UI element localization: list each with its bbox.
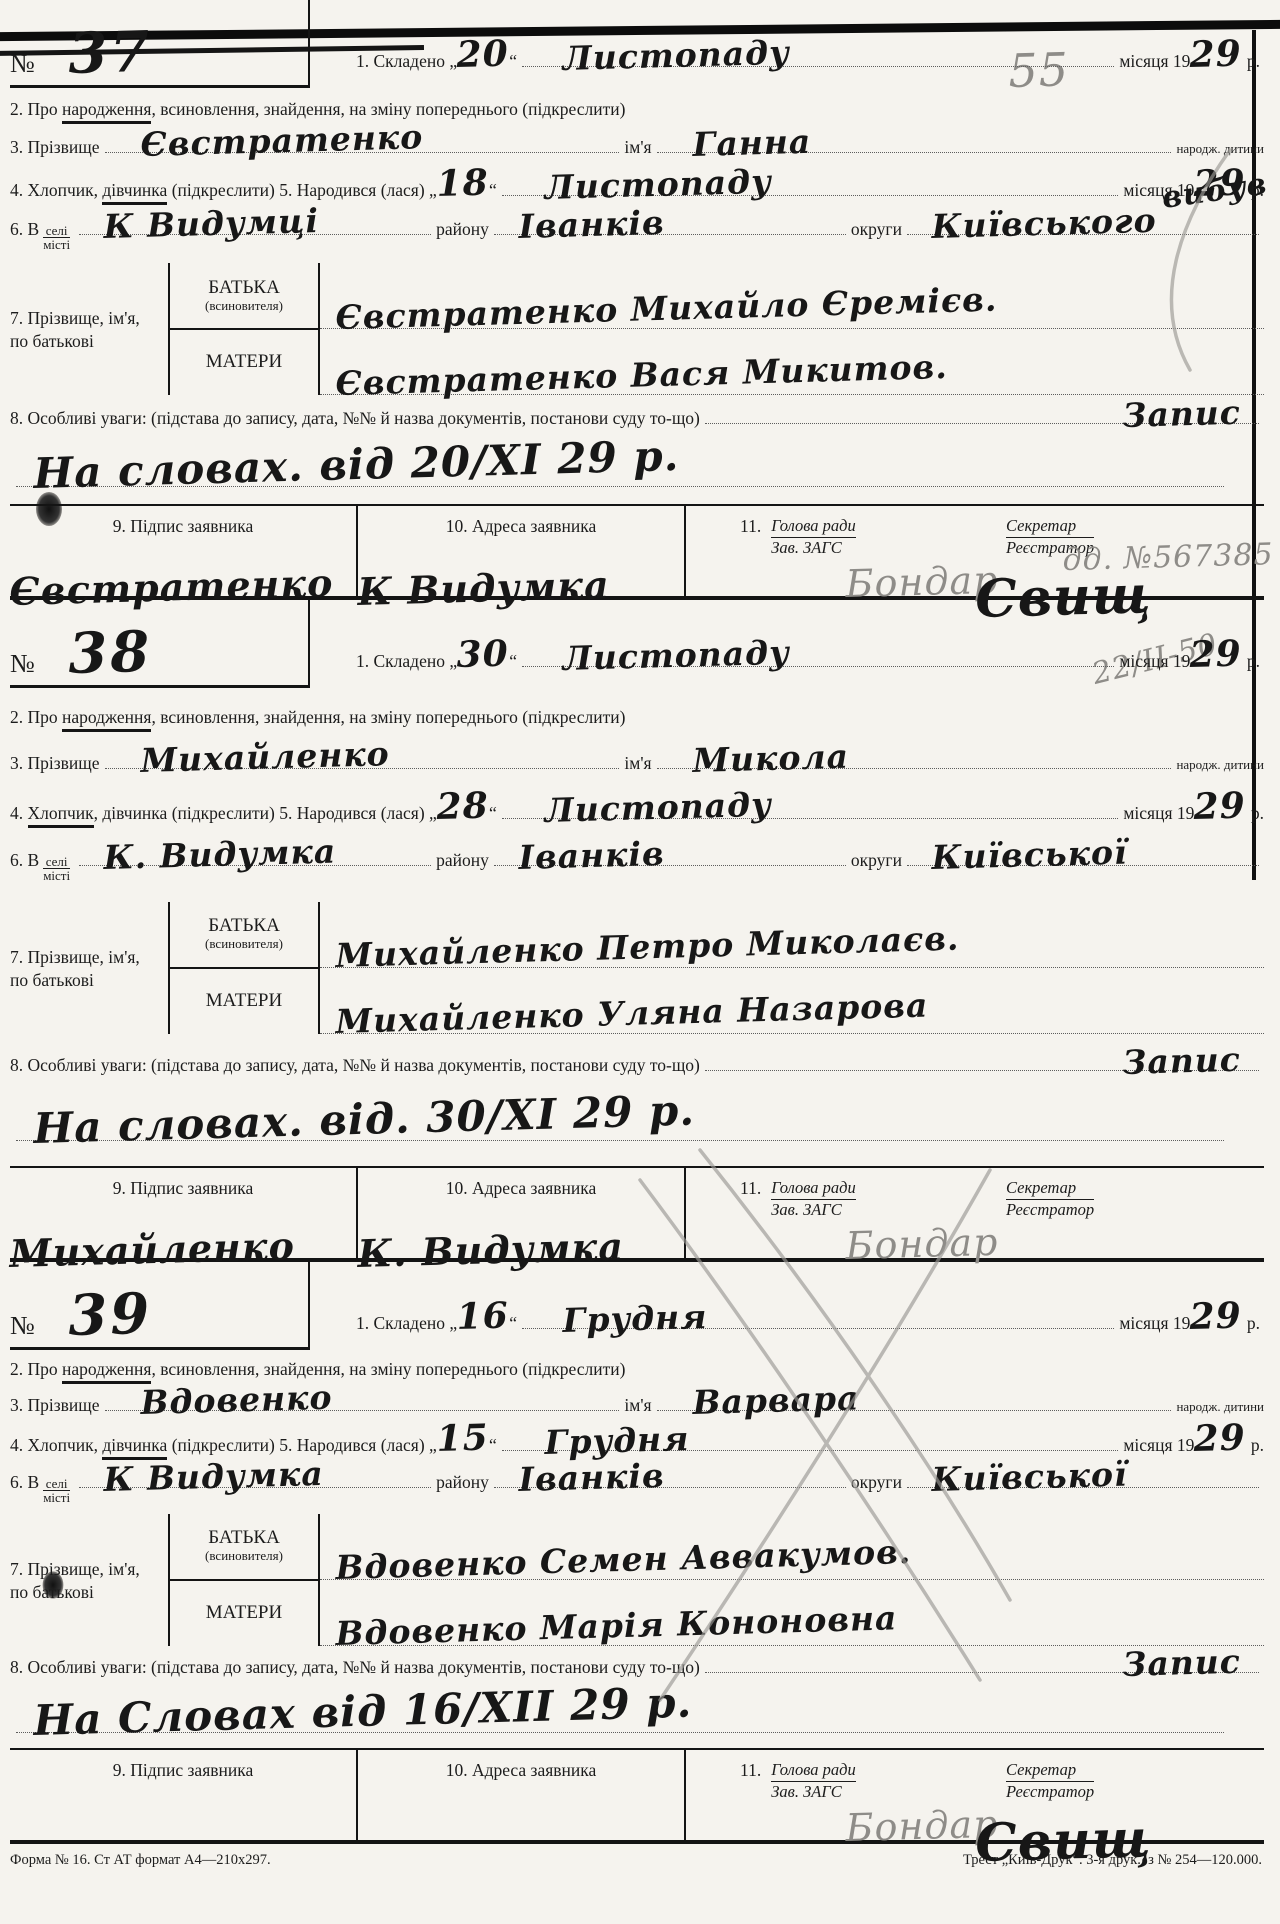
quote: “: [489, 803, 497, 824]
remark-tail-line: Запис: [705, 1052, 1259, 1071]
parents-header-col: БАТЬКА(всиновителя) МАТЕРИ: [168, 902, 320, 1034]
father-label: БАТЬКА: [170, 1528, 318, 1549]
composed-month: Грудня: [563, 1303, 709, 1335]
parents-label-2: по батькові: [10, 970, 94, 990]
mother-line: Михайленко Уляна Назарова: [320, 968, 1264, 1034]
month-label: місяця 19: [1123, 803, 1194, 824]
surname-value: Вдовенко: [140, 1383, 333, 1416]
village-city-stack: селімісті: [43, 855, 70, 883]
sex-post: (підкреслити): [167, 180, 279, 201]
village-city-stack: селімісті: [43, 224, 70, 252]
secretary-signature: Свищ: [975, 1817, 1152, 1866]
remark-text: На словах. від. 30/ХІ 29 р.: [33, 1092, 695, 1146]
city-word: місті: [43, 869, 70, 883]
village-line: К Видумці: [79, 216, 431, 235]
district-label: району: [436, 1472, 489, 1493]
sig-label: 9. Підпис заявника: [113, 1760, 254, 1780]
addr-label: 10. Адреса заявника: [446, 516, 597, 536]
birth-year: 29: [1194, 1423, 1247, 1455]
remarks-label: 8. Особливі уваги: (підстава до запису, …: [10, 1055, 700, 1076]
remark-text-line: На словах. від. 30/ХІ 29 р.: [16, 1094, 1224, 1141]
sep: ,: [94, 803, 103, 824]
birth-day: 18: [436, 168, 489, 200]
sex-post: (підкреслити): [167, 803, 279, 824]
quote: “: [489, 1435, 497, 1456]
father-value: Михайленко Петро Миколаєв.: [335, 925, 959, 970]
no-label: №: [10, 49, 35, 79]
head-label-1: Голова ради: [771, 1760, 856, 1782]
village-city-stack: селімісті: [43, 1477, 70, 1505]
head-label-2: Зав. ЗАГС: [771, 1782, 856, 1802]
event-pre: 2. Про: [10, 707, 62, 728]
okruga-label: округи: [851, 850, 902, 871]
secretary-label-1: Секретар: [1006, 516, 1094, 538]
composed-month: Листопаду: [563, 39, 791, 73]
mother-line: Вдовенко Марія Кононовна: [320, 1580, 1264, 1646]
quote: “: [509, 1313, 517, 1334]
surname-label: 3. Прізвище: [10, 137, 100, 158]
name-line: 3. Прізвище Михайленко ім'я Микола народ…: [10, 750, 1264, 774]
sex-post: (підкреслити): [167, 1435, 279, 1456]
remark-text: На Словах від 16/ХІІ 29 р.: [33, 1684, 693, 1738]
signature-row: 9. Підпис заявника 10. Адреса заявника 1…: [10, 1748, 1264, 1844]
village-value: К Видумці: [103, 207, 319, 241]
birth-month: Грудня: [544, 1425, 690, 1457]
composed-year: 29: [1190, 39, 1243, 71]
record-39: № 39 1. Складено „ 16 “ Грудня місяця 19…: [0, 1262, 1280, 1844]
sex-birth-line: 4. Хлопчик, дівчинка (підкреслити) 5. На…: [10, 169, 1264, 205]
addr-label: 10. Адреса заявника: [446, 1760, 597, 1780]
mother-value: Михайленко Уляна Назарова: [335, 992, 928, 1037]
village-word: селі: [43, 224, 70, 239]
secretary-labels: СекретарРеєстратор: [1006, 1760, 1094, 1802]
name-line: 3. Прізвище Євстратенко ім'я Ганна народ…: [10, 135, 1264, 159]
mother-header: МАТЕРИ: [170, 969, 318, 1034]
composed-label: 1. Складено „: [356, 1313, 457, 1334]
district-value: Іванків: [518, 1462, 665, 1494]
applicant-signature-cell: 9. Підпис заявника Євстратенко: [10, 506, 358, 596]
boy-option: Хлопчик: [28, 1435, 94, 1456]
head-label-1: Голова ради: [771, 516, 856, 538]
applicant-address-cell: 10. Адреса заявника: [358, 1750, 686, 1840]
mother-value: Вдовенко Марія Кононовна: [335, 1605, 898, 1649]
footer-left: Форма № 16. Ст АТ формат А4—210х297.: [10, 1852, 271, 1869]
father-label: БАТЬКА: [170, 278, 318, 299]
parents-values: Вдовенко Семен Аввакумов. Вдовенко Марія…: [320, 1514, 1264, 1646]
parents-label-2: по батькові: [10, 331, 94, 351]
sex-pre: 4.: [10, 803, 28, 824]
district-line: Іванків: [494, 1469, 846, 1488]
given-name-value: Ганна: [692, 128, 811, 159]
year-suffix: р.: [1247, 803, 1265, 824]
birth-month: Листопаду: [544, 168, 772, 202]
child-note: народж. дитини: [1176, 757, 1264, 773]
event-type-line: 2. Про народження, всиновлення, знайденн…: [10, 99, 1264, 124]
event-word-underlined: народження: [62, 1359, 151, 1384]
father-line: Вдовенко Семен Аввакумов.: [320, 1514, 1264, 1580]
quote: “: [489, 180, 497, 201]
quote: “: [509, 51, 517, 72]
record-number: 37: [67, 29, 152, 79]
parents-block: 7. Прізвище, ім'я, по батькові БАТЬКА(вс…: [10, 263, 1264, 395]
parents-label: 7. Прізвище, ім'я, по батькові: [10, 902, 168, 1034]
village-value: К. Видумка: [103, 837, 336, 872]
secretary-label-1: Секретар: [1006, 1760, 1094, 1782]
record-header: № 38 1. Складено „ 30 “ Листопаду місяця…: [10, 600, 1264, 688]
composed-year: 29: [1190, 1301, 1243, 1333]
parents-block: 7. Прізвище, ім'я, по батькові БАТЬКА(вс…: [10, 902, 1264, 1034]
registry-page: 55 № 37 1. Складено „ 20 “ Листопаду міс…: [0, 0, 1280, 1924]
sex-birth-line: 4. Хлопчик, дівчинка (підкреслити) 5. На…: [10, 792, 1264, 828]
mother-label: МАТЕРИ: [170, 991, 318, 1012]
quote: “: [509, 651, 517, 672]
girl-option-underlined: дівчинка: [102, 1435, 167, 1460]
applicant-address-cell: 10. Адреса заявника К Видумка: [358, 506, 686, 596]
composed-day: 16: [456, 1301, 509, 1333]
applicant-signature-cell: 9. Підпис заявника: [10, 1750, 358, 1840]
parents-label-1: 7. Прізвище, ім'я,: [10, 947, 140, 967]
year-suffix: р.: [1243, 1313, 1261, 1334]
boy-option-underlined: Хлопчик: [28, 803, 94, 828]
birth-day: 15: [436, 1423, 489, 1455]
in-label: 6. В: [10, 850, 39, 871]
birth-day: 28: [436, 791, 489, 823]
event-word-underlined: народження: [62, 707, 151, 732]
district-label: району: [436, 850, 489, 871]
district-value: Іванків: [518, 209, 665, 241]
head-signature-cell: 11. Голова радиЗав. ЗАГС Бондар: [686, 1750, 1006, 1840]
birth-month-line: Грудня: [502, 1433, 1119, 1452]
district-line: Іванків: [494, 847, 846, 866]
birth-month: Листопаду: [544, 791, 772, 825]
composed-year: 29: [1190, 639, 1243, 671]
parents-label-1: 7. Прізвище, ім'я,: [10, 1559, 140, 1579]
head-labels: Голова радиЗав. ЗАГС: [771, 1178, 856, 1258]
given-name-value: Микола: [692, 742, 849, 774]
parents-header-col: БАТЬКА(всиновителя) МАТЕРИ: [168, 263, 320, 395]
remark-text-line: На Словах від 16/ХІІ 29 р.: [16, 1686, 1224, 1733]
mother-label: МАТЕРИ: [170, 1603, 318, 1624]
mother-header: МАТЕРИ: [170, 330, 318, 395]
village-line: К. Видумка: [79, 847, 431, 866]
month-line: Листопаду: [522, 648, 1114, 667]
given-name-line: Микола: [657, 750, 1172, 769]
applicant-address-cell: 10. Адреса заявника К. Видумка: [358, 1168, 686, 1258]
father-sublabel: (всиновителя): [170, 937, 318, 951]
father-header: БАТЬКА(всиновителя): [170, 1514, 318, 1581]
birth-month-line: Листопаду: [502, 801, 1119, 820]
given-name-line: Ганна: [657, 135, 1172, 154]
father-line: Євстратенко Михайло Єремієв.: [320, 263, 1264, 329]
remark-tail-line: Запис: [705, 1654, 1259, 1673]
sex-pre: 4.: [10, 1435, 28, 1456]
remark-tail: Запис: [1122, 1045, 1241, 1076]
event-type-line: 2. Про народження, всиновлення, знайденн…: [10, 707, 1264, 732]
surname-label: 3. Прізвище: [10, 1395, 100, 1416]
secretary-signature-cell: СекретарРеєстратор Свищ: [1006, 1750, 1264, 1840]
parents-label: 7. Прізвище, ім'я, по батькові: [10, 263, 168, 395]
composed-line: 1. Складено „ 30 “ Листопаду місяця 19 2…: [310, 640, 1264, 688]
parents-label-1: 7. Прізвище, ім'я,: [10, 308, 140, 328]
record-number-box: № 39: [10, 1262, 310, 1350]
record-number-box: № 38: [10, 600, 310, 688]
addr-label: 10. Адреса заявника: [446, 1178, 597, 1198]
parents-values: Михайленко Петро Миколаєв. Михайленко Ул…: [320, 902, 1264, 1034]
parents-block: 7. Прізвище, ім'я, по батькові БАТЬКА(вс…: [10, 1514, 1264, 1646]
okruga-label: округи: [851, 219, 902, 240]
month-label: місяця 19: [1119, 1313, 1190, 1334]
secretary-label-1: Секретар: [1006, 1178, 1094, 1200]
record-header: № 37 1. Складено „ 20 “ Листопаду місяця…: [10, 0, 1264, 88]
surname-label: 3. Прізвище: [10, 753, 100, 774]
father-value: Вдовенко Семен Аввакумов.: [335, 1538, 911, 1582]
birth-month-line: Листопаду: [502, 178, 1119, 197]
girl-option-underlined: дівчинка: [102, 180, 167, 205]
year-suffix: р.: [1243, 51, 1261, 72]
village-word: селі: [43, 1477, 70, 1492]
in-label: 6. В: [10, 1472, 39, 1493]
signature-row: 9. Підпис заявника Михайленко 10. Адреса…: [10, 1166, 1264, 1262]
remark-tail: Запис: [1122, 1647, 1241, 1678]
remark-text-line: На словах. від 20/ХІ 29 р.: [16, 440, 1224, 487]
mother-label: МАТЕРИ: [170, 352, 318, 373]
boy-option: Хлопчик: [28, 180, 94, 201]
sep: ,: [94, 180, 103, 201]
name-label: ім'я: [624, 137, 651, 158]
okruga-value: Київської: [931, 838, 1128, 872]
record-number-box: № 37: [10, 0, 310, 88]
remark-tail-line: Запис: [705, 406, 1259, 425]
month-line: Грудня: [522, 1310, 1114, 1329]
surname-line: Вдовенко: [105, 1392, 620, 1411]
remark-text: На словах. від 20/ХІ 29 р.: [33, 438, 680, 492]
name-label: ім'я: [624, 1395, 651, 1416]
pencil-ref: дд. №567385: [1062, 542, 1274, 573]
sex-pre: 4.: [10, 180, 28, 201]
head-signature-cell: 11. Голова радиЗав. ЗАГС Бондар: [686, 506, 1006, 596]
born-label: 5. Народився (лася) „: [279, 803, 437, 824]
father-header: БАТЬКА(всиновителя): [170, 902, 318, 969]
born-label: 5. Народився (лася) „: [279, 1435, 437, 1456]
composed-line: 1. Складено „ 16 “ Грудня місяця 19 29 р…: [310, 1302, 1264, 1350]
surname-value: Михайленко: [140, 740, 390, 775]
secretary-label-2: Реєстратор: [1006, 1782, 1094, 1802]
head-label-2: Зав. ЗАГС: [771, 1200, 856, 1220]
composed-label: 1. Складено „: [356, 651, 457, 672]
event-post: , всиновлення, знайдення, на зміну попер…: [151, 707, 625, 728]
okruga-line: Київської: [907, 1469, 1259, 1488]
name-label: ім'я: [624, 753, 651, 774]
sep: ,: [94, 1435, 103, 1456]
event-pre: 2. Про: [10, 1359, 62, 1380]
father-line: Михайленко Петро Миколаєв.: [320, 902, 1264, 968]
month-line: Листопаду: [522, 48, 1114, 67]
mother-header: МАТЕРИ: [170, 1581, 318, 1646]
sig-label: 9. Підпис заявника: [113, 516, 254, 536]
okruga-label: округи: [851, 1472, 902, 1493]
head-num: 11.: [740, 1178, 761, 1258]
surname-line: Євстратенко: [105, 135, 620, 154]
father-label: БАТЬКА: [170, 916, 318, 937]
remarks-line: 8. Особливі уваги: (підстава до запису, …: [10, 1654, 1264, 1678]
parents-header-col: БАТЬКА(всиновителя) МАТЕРИ: [168, 1514, 320, 1646]
name-line: 3. Прізвище Вдовенко ім'я Варвара народж…: [10, 1392, 1264, 1416]
place-line: 6. В селімісті К Видумка району Іванків …: [10, 1469, 1264, 1505]
head-signature-cell: 11. Голова радиЗав. ЗАГС Бондар: [686, 1168, 1006, 1258]
secretary-signature-cell: СекретарРеєстратор: [1006, 1168, 1264, 1258]
head-labels: Голова радиЗав. ЗАГС: [771, 516, 856, 596]
father-header: БАТЬКА(всиновителя): [170, 263, 318, 330]
composed-day: 20: [456, 39, 509, 71]
child-note: народж. дитини: [1176, 141, 1264, 157]
event-post: , всиновлення, знайдення, на зміну попер…: [151, 1359, 625, 1380]
child-note: народж. дитини: [1176, 1399, 1264, 1415]
parents-label-2: по батькові: [10, 1582, 94, 1602]
city-word: місті: [43, 1491, 70, 1505]
secretary-label-2: Реєстратор: [1006, 1200, 1094, 1220]
remark-tail: Запис: [1122, 399, 1241, 430]
surname-value: Євстратенко: [140, 123, 423, 159]
composed-day: 30: [456, 639, 509, 671]
event-type-line: 2. Про народження, всиновлення, знайденн…: [10, 1359, 1264, 1384]
father-sublabel: (всиновителя): [170, 299, 318, 313]
applicant-signature-cell: 9. Підпис заявника Михайленко: [10, 1168, 358, 1258]
district-value: Іванків: [518, 840, 665, 872]
remarks-line: 8. Особливі уваги: (підстава до запису, …: [10, 1052, 1264, 1076]
district-line: Іванків: [494, 216, 846, 235]
head-signature: Бондар: [845, 1225, 999, 1262]
year-suffix: р.: [1247, 1435, 1265, 1456]
month-label: місяця 19: [1123, 1435, 1194, 1456]
composed-label: 1. Складено „: [356, 51, 457, 72]
record-number: 38: [67, 629, 152, 679]
parents-values: Євстратенко Михайло Єремієв. Євстратенко…: [320, 263, 1264, 395]
parents-label: 7. Прізвище, ім'я, по батькові: [10, 1514, 168, 1646]
remarks-label: 8. Особливі уваги: (підстава до запису, …: [10, 408, 700, 429]
mother-value: Євстратенко Вася Микитов.: [335, 353, 948, 398]
composed-line: 1. Складено „ 20 “ Листопаду місяця 19 2…: [310, 40, 1264, 88]
head-num: 11.: [740, 1760, 761, 1840]
head-label-2: Зав. ЗАГС: [771, 538, 856, 558]
month-label: місяця 19: [1119, 51, 1190, 72]
no-label: №: [10, 649, 35, 679]
okruga-value: Київської: [931, 1460, 1128, 1494]
village-value: К Видумка: [103, 1459, 324, 1493]
remarks-line: 8. Особливі уваги: (підстава до запису, …: [10, 406, 1264, 430]
birth-year: 29: [1194, 791, 1247, 823]
okruga-line: Київської: [907, 847, 1259, 866]
record-number: 39: [67, 1291, 152, 1341]
record-header: № 39 1. Складено „ 16 “ Грудня місяця 19…: [10, 1262, 1264, 1350]
given-name-line: Варвара: [657, 1392, 1172, 1411]
okruga-value: Київського: [931, 206, 1157, 240]
father-sublabel: (всиновителя): [170, 1549, 318, 1563]
event-pre: 2. Про: [10, 99, 62, 120]
head-label-1: Голова ради: [771, 1178, 856, 1200]
month-label: місяця 19: [1119, 651, 1190, 672]
girl-option: дівчинка: [102, 803, 167, 824]
no-label: №: [10, 1311, 35, 1341]
mother-line: Євстратенко Вася Микитов.: [320, 329, 1264, 395]
remarks-label: 8. Особливі уваги: (підстава до запису, …: [10, 1657, 700, 1678]
city-word: місті: [43, 238, 70, 252]
record-37: № 37 1. Складено „ 20 “ Листопаду місяця…: [0, 0, 1280, 600]
year-suffix: р.: [1243, 651, 1261, 672]
head-num: 11.: [740, 516, 761, 596]
head-labels: Голова радиЗав. ЗАГС: [771, 1760, 856, 1840]
surname-line: Михайленко: [105, 750, 620, 769]
father-value: Євстратенко Михайло Єремієв.: [335, 285, 997, 332]
sig-label: 9. Підпис заявника: [113, 1178, 254, 1198]
composed-month: Листопаду: [563, 639, 791, 673]
event-post: , всиновлення, знайдення, на зміну попер…: [151, 99, 625, 120]
district-label: району: [436, 219, 489, 240]
place-line: 6. В селімісті К Видумці району Іванків …: [10, 216, 1264, 252]
event-word-underlined: народження: [62, 99, 151, 124]
in-label: 6. В: [10, 219, 39, 240]
born-label: 5. Народився (лася) „: [279, 180, 437, 201]
village-line: К Видумка: [79, 1469, 431, 1488]
place-line: 6. В селімісті К. Видумка району Іванків…: [10, 847, 1264, 883]
given-name-value: Варвара: [692, 1384, 860, 1417]
secretary-labels: СекретарРеєстратор: [1006, 1178, 1094, 1220]
okruga-line: Київського: [907, 216, 1259, 235]
record-38: дд. №567385 22/ІІ-50 № 38 1. Складено „ …: [0, 600, 1280, 1262]
village-word: селі: [43, 855, 70, 870]
